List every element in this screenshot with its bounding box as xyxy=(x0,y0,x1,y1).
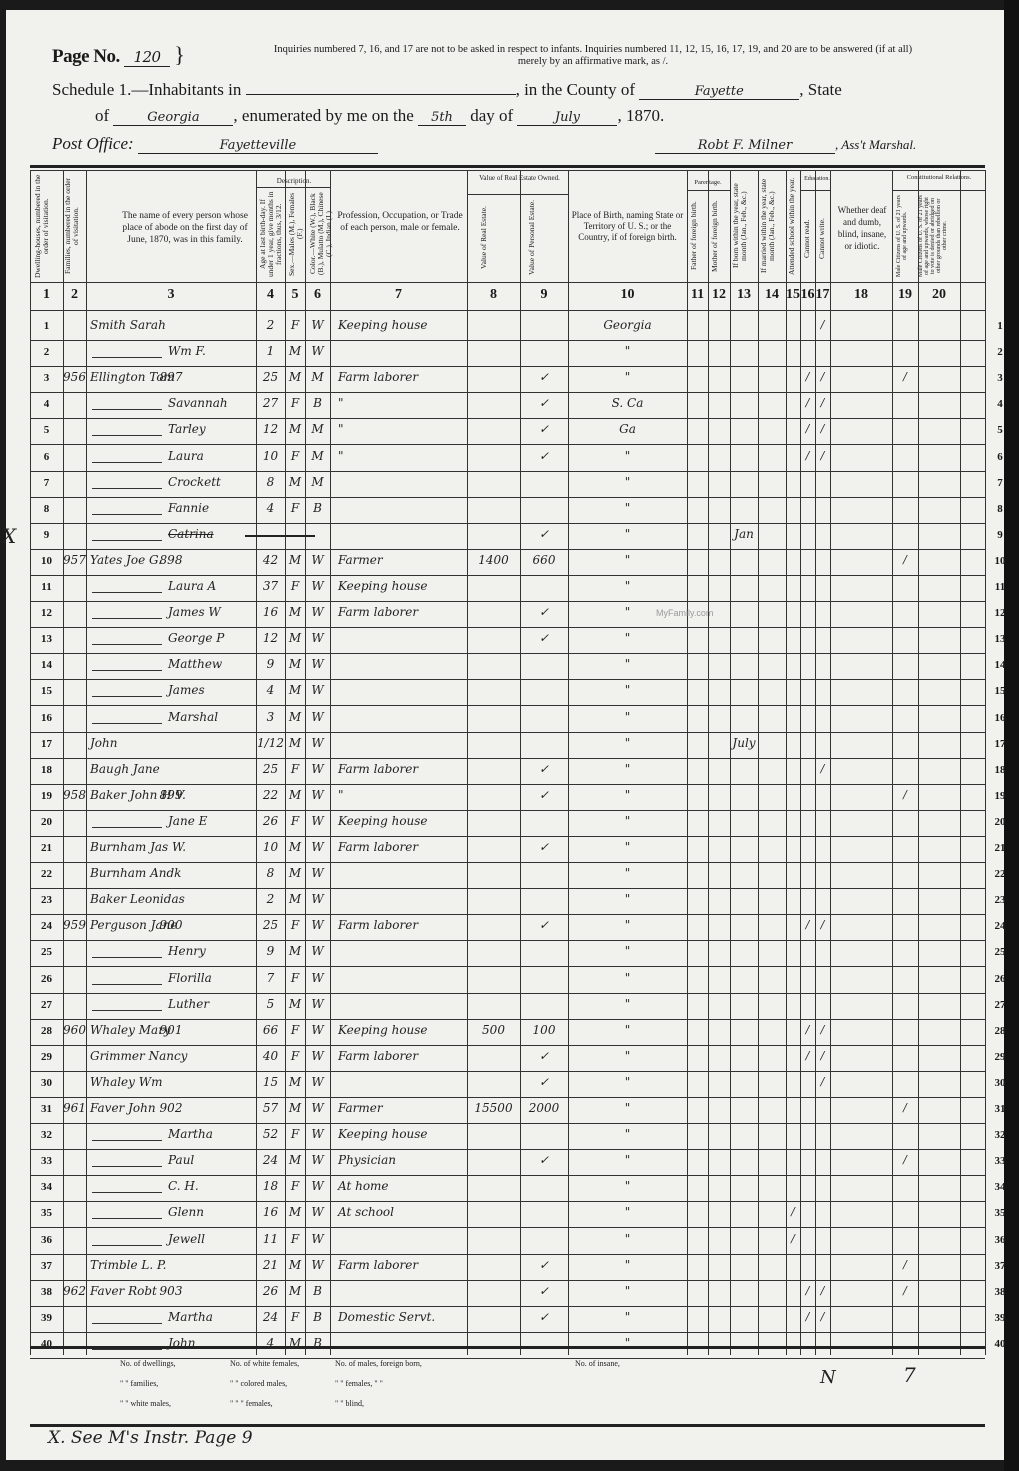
dwelling-number: 961 xyxy=(63,1101,86,1115)
footer-white-females: No. of white females, xyxy=(230,1359,299,1368)
male-citizen-21: / xyxy=(892,1153,918,1166)
birthplace: " xyxy=(568,971,687,985)
ditto-dash xyxy=(92,957,162,958)
col-header-4: Age at last birth-day. If under 1 year, … xyxy=(259,190,279,278)
cannot-read: / xyxy=(800,1310,815,1323)
cannot-write: / xyxy=(815,449,830,462)
row-number: 23 xyxy=(30,894,63,906)
row-number-right: 9 xyxy=(988,529,1012,541)
row-number: 31 xyxy=(30,1103,63,1115)
table-row: 66Laura10FM"✓"// xyxy=(30,446,985,468)
age: 1 xyxy=(256,344,285,358)
footer-dwellings: No. of dwellings, xyxy=(120,1359,176,1368)
table-row: 3232Martha52FWKeeping house" xyxy=(30,1124,985,1146)
column-number: 13 xyxy=(730,287,758,303)
scan-edge xyxy=(1004,0,1019,1471)
color: W xyxy=(305,762,330,776)
row-number-right: 2 xyxy=(988,346,1012,358)
age: 12 xyxy=(256,631,285,645)
footer-white-males: " " white males, xyxy=(120,1399,171,1408)
color: W xyxy=(305,1023,330,1037)
column-number: 3 xyxy=(86,287,256,303)
row-number-right: 36 xyxy=(988,1234,1012,1246)
birthplace: " xyxy=(568,344,687,358)
color: W xyxy=(305,918,330,932)
row-number: 27 xyxy=(30,999,63,1011)
col-header-10: Place of Birth, naming State or Territor… xyxy=(570,210,685,243)
row-number-right: 5 xyxy=(988,424,1012,436)
birthplace: " xyxy=(568,657,687,671)
occupation: Farm laborer xyxy=(338,918,467,932)
ditto-dash xyxy=(92,827,162,828)
margin-bottom-note: X. See M's Instr. Page 9 xyxy=(48,1428,253,1448)
row-number-right: 27 xyxy=(988,999,1012,1011)
cannot-write: / xyxy=(815,1310,830,1323)
age: 52 xyxy=(256,1127,285,1141)
age: 18 xyxy=(256,1179,285,1193)
note-line-1: Inquiries numbered 7, 16, and 17 are not… xyxy=(228,44,958,56)
county-label: , in the County of xyxy=(516,80,635,99)
cannot-write: / xyxy=(815,370,830,383)
color: W xyxy=(305,971,330,985)
col-header-17: Cannot write. xyxy=(818,200,830,278)
age: 2 xyxy=(256,318,285,332)
birthplace: " xyxy=(568,762,687,776)
family-number: 903 xyxy=(86,1284,256,1298)
occupation: " xyxy=(338,422,467,436)
marshal-label: , Ass't Marshal. xyxy=(835,137,916,152)
footer-tally-write: N xyxy=(820,1367,836,1388)
sex: M xyxy=(285,553,305,567)
column-number: 4 xyxy=(256,287,285,303)
color: W xyxy=(305,1101,330,1115)
row-number-right: 11 xyxy=(988,581,1012,593)
birthplace: " xyxy=(568,1232,687,1246)
sex: F xyxy=(285,762,305,776)
person-name: Jane E xyxy=(168,814,207,828)
sex: M xyxy=(285,840,305,854)
column-number: 20 xyxy=(918,287,960,303)
col-header-11: Father of foreign birth. xyxy=(690,194,704,278)
table-row: 88Fannie4FB" xyxy=(30,498,985,520)
family-number: 901 xyxy=(86,1023,256,1037)
person-name: Jewell xyxy=(168,1232,205,1246)
age: 22 xyxy=(256,788,285,802)
col-header-1: Dwelling-houses, numbered in the order o… xyxy=(34,174,58,278)
sex: F xyxy=(285,396,305,410)
row-number: 1 xyxy=(30,320,63,332)
header-rule xyxy=(687,190,730,191)
occupation: " xyxy=(338,788,467,802)
sex: M xyxy=(285,1258,305,1272)
age: 7 xyxy=(256,971,285,985)
footer-females-foreign: " " females, " " xyxy=(335,1379,383,1388)
occupation: " xyxy=(338,449,467,463)
birthplace: " xyxy=(568,1205,687,1219)
cannot-write: / xyxy=(815,762,830,775)
color: M xyxy=(305,422,330,436)
col-header-14: If married within the year, state month … xyxy=(760,174,784,278)
row-number: 14 xyxy=(30,659,63,671)
occupation: At home xyxy=(338,1179,467,1193)
occupation: At school xyxy=(338,1205,467,1219)
sex: M xyxy=(285,370,305,384)
birthplace: " xyxy=(568,501,687,515)
age: 9 xyxy=(256,657,285,671)
footer-insane: No. of insane, xyxy=(575,1359,620,1368)
col-header-13: If born within the year, state month (Ja… xyxy=(732,174,756,278)
birthplace: " xyxy=(568,788,687,802)
table-row: 1717John1/12MW"July xyxy=(30,733,985,755)
row-number-right: 4 xyxy=(988,398,1012,410)
row-number-right: 13 xyxy=(988,633,1012,645)
dwelling-number: 962 xyxy=(63,1284,86,1298)
table-row: 3939Martha24FBDomestic Servt.✓"// xyxy=(30,1307,985,1329)
occupation: Keeping house xyxy=(338,579,467,593)
row-number-right: 25 xyxy=(988,946,1012,958)
row-number-right: 23 xyxy=(988,894,1012,906)
birthplace: " xyxy=(568,527,687,541)
table-row: 2323Baker Leonidas2MW" xyxy=(30,889,985,911)
age: 12 xyxy=(256,422,285,436)
color: W xyxy=(305,631,330,645)
row-number: 5 xyxy=(30,424,63,436)
day-of-label: day of xyxy=(470,106,513,125)
column-number: 11 xyxy=(687,287,708,303)
year-label: , 1870. xyxy=(617,106,664,125)
row-number-right: 15 xyxy=(988,685,1012,697)
table-row: 2020Jane E26FWKeeping house" xyxy=(30,811,985,833)
person-name: Fannie xyxy=(168,501,209,515)
person-name: Matthew xyxy=(168,657,222,671)
age: 5 xyxy=(256,997,285,1011)
sex: M xyxy=(285,422,305,436)
person-name: Marshal xyxy=(168,710,218,724)
age: 2 xyxy=(256,892,285,906)
color: W xyxy=(305,788,330,802)
header-rule xyxy=(30,165,985,168)
row-number: 36 xyxy=(30,1234,63,1246)
ditto-dash xyxy=(92,723,162,724)
cannot-write: / xyxy=(815,422,830,435)
row-number-right: 39 xyxy=(988,1312,1012,1324)
ditto-dash xyxy=(92,1323,162,1324)
birthplace: " xyxy=(568,840,687,854)
footer-males-foreign: No. of males, foreign born, xyxy=(335,1359,422,1368)
row-number: 8 xyxy=(30,503,63,515)
enumeration-line: of Georgia, enumerated by me on the 5th … xyxy=(95,106,664,126)
cannot-read: / xyxy=(800,396,815,409)
table-row: 2424Perguson Jane95990025FWFarm laborer✓… xyxy=(30,915,985,937)
person-name: Wm F. xyxy=(168,344,206,358)
ditto-dash xyxy=(92,618,162,619)
color: W xyxy=(305,683,330,697)
color: W xyxy=(305,840,330,854)
sex: M xyxy=(285,944,305,958)
age: 26 xyxy=(256,1284,285,1298)
sex: M xyxy=(285,1075,305,1089)
ditto-dash xyxy=(92,1245,162,1246)
color: W xyxy=(305,657,330,671)
ditto-dash xyxy=(92,462,162,463)
sex: F xyxy=(285,1232,305,1246)
column-number: 1 xyxy=(30,287,63,303)
sex: F xyxy=(285,1127,305,1141)
personal-estate-value: ✓ xyxy=(520,1284,568,1298)
state-label: , State xyxy=(799,80,842,99)
color: W xyxy=(305,1075,330,1089)
row-number-right: 35 xyxy=(988,1207,1012,1219)
color: W xyxy=(305,1049,330,1063)
person-name: Henry xyxy=(168,944,206,958)
occupation: Farm laborer xyxy=(338,605,467,619)
row-number: 29 xyxy=(30,1051,63,1063)
row-number: 18 xyxy=(30,764,63,776)
row-number-right: 18 xyxy=(988,764,1012,776)
birthplace: " xyxy=(568,579,687,593)
table-row: 2121Burnham Jas W.10MWFarm laborer✓" xyxy=(30,837,985,859)
person-name: Trimble L. P. xyxy=(90,1258,166,1272)
cannot-write: / xyxy=(815,1023,830,1036)
color: W xyxy=(305,710,330,724)
birthplace: " xyxy=(568,553,687,567)
table-row: 77Crockett8MM" xyxy=(30,472,985,494)
color: M xyxy=(305,475,330,489)
header-rule xyxy=(30,170,985,171)
column-number: 17 xyxy=(815,287,830,303)
color: W xyxy=(305,997,330,1011)
ditto-dash xyxy=(92,409,162,410)
month-field: July xyxy=(517,110,617,126)
of-label: of xyxy=(95,106,109,125)
male-citizen-21: / xyxy=(892,1284,918,1297)
table-row: 44Savannah27FB"✓S. Ca// xyxy=(30,393,985,415)
real-estate-value: 1400 xyxy=(467,553,520,567)
personal-estate-value: 100 xyxy=(520,1023,568,1037)
cannot-write: / xyxy=(815,318,830,331)
birthplace: " xyxy=(568,918,687,932)
row-number: 2 xyxy=(30,346,63,358)
cannot-read: / xyxy=(800,1284,815,1297)
table-row: 2626Florilla7FW" xyxy=(30,968,985,990)
color: W xyxy=(305,605,330,619)
birthplace: " xyxy=(568,1153,687,1167)
row-number: 4 xyxy=(30,398,63,410)
cannot-read: / xyxy=(800,918,815,931)
row-number-right: 21 xyxy=(988,842,1012,854)
color: B xyxy=(305,1284,330,1298)
color: W xyxy=(305,814,330,828)
color: W xyxy=(305,344,330,358)
marshal-signature: Robt F. Milner xyxy=(655,138,835,154)
post-office-label: Post Office: xyxy=(52,134,134,153)
person-name: John xyxy=(90,736,118,750)
family-number: 900 xyxy=(86,918,256,932)
birthplace: " xyxy=(568,475,687,489)
marshal-line: Robt F. Milner, Ass't Marshal. xyxy=(655,134,916,154)
ditto-dash xyxy=(92,435,162,436)
table-row: 1414Matthew9MW" xyxy=(30,654,985,676)
row-number: 24 xyxy=(30,920,63,932)
birthplace: " xyxy=(568,1101,687,1115)
color: W xyxy=(305,1258,330,1272)
row-number: 19 xyxy=(30,790,63,802)
birthplace: Georgia xyxy=(568,318,687,332)
real-estate-value: 15500 xyxy=(467,1101,520,1115)
col-header-9: Value of Personal Estate. xyxy=(528,198,542,278)
sex: M xyxy=(285,344,305,358)
day-field: 5th xyxy=(418,110,466,126)
sex: M xyxy=(285,892,305,906)
sex: M xyxy=(285,475,305,489)
age: 4 xyxy=(256,683,285,697)
birthplace: " xyxy=(568,1179,687,1193)
color: B xyxy=(305,396,330,410)
row-number: 10 xyxy=(30,555,63,567)
age: 66 xyxy=(256,1023,285,1037)
person-name: Laura xyxy=(168,449,204,463)
header-rule xyxy=(467,194,568,195)
birthplace: " xyxy=(568,736,687,750)
age: 57 xyxy=(256,1101,285,1115)
col-header-6: Color.—White (W.), Black (B.), Mulatto (… xyxy=(309,190,329,278)
table-row: 1919Baker John H V.95889922MW"✓"/ xyxy=(30,785,985,807)
row-number-right: 31 xyxy=(988,1103,1012,1115)
col-header-2: Families, numbered in the order of visit… xyxy=(64,174,86,278)
family-number: 902 xyxy=(86,1101,256,1115)
birthplace: " xyxy=(568,1284,687,1298)
birthplace: " xyxy=(568,631,687,645)
table-row: 2727Luther5MW" xyxy=(30,994,985,1016)
sex: M xyxy=(285,683,305,697)
sex: M xyxy=(285,1101,305,1115)
margin-x-mark: X xyxy=(2,524,16,548)
column-number: 14 xyxy=(758,287,786,303)
person-name: Paul xyxy=(168,1153,194,1167)
cannot-read: / xyxy=(800,1023,815,1036)
column-number: 19 xyxy=(892,287,918,303)
birthplace: " xyxy=(568,944,687,958)
row-number: 34 xyxy=(30,1181,63,1193)
table-row: 1010Yates Joe G.95789842MWFarmer1400660"… xyxy=(30,550,985,572)
personal-estate-value: ✓ xyxy=(520,762,568,776)
birthplace: " xyxy=(568,449,687,463)
age: 15 xyxy=(256,1075,285,1089)
ditto-dash xyxy=(92,514,162,515)
personal-estate-value: ✓ xyxy=(520,631,568,645)
table-row: 3737Trimble L. P.21MWFarm laborer✓"/ xyxy=(30,1255,985,1277)
ditto-dash xyxy=(92,984,162,985)
table-row: 3030Whaley Wm15MW✓"/ xyxy=(30,1072,985,1094)
age: 10 xyxy=(256,840,285,854)
occupation: Farm laborer xyxy=(338,370,467,384)
table-row: 22Wm F.1MW" xyxy=(30,341,985,363)
col-group-constitutional: Constitutional Relations. xyxy=(894,174,984,182)
page-number-value: 120 xyxy=(124,48,170,67)
row-number-right: 26 xyxy=(988,973,1012,985)
row-number-right: 3 xyxy=(988,372,1012,384)
birthplace: " xyxy=(568,710,687,724)
person-name: James xyxy=(168,683,205,697)
dwelling-number: 960 xyxy=(63,1023,86,1037)
table-row: 2525Henry9MW" xyxy=(30,941,985,963)
row-number-right: 14 xyxy=(988,659,1012,671)
attended-school: / xyxy=(786,1205,800,1218)
cannot-read: / xyxy=(800,422,815,435)
cannot-write: / xyxy=(815,1284,830,1297)
personal-estate-value: ✓ xyxy=(520,605,568,619)
cannot-write: / xyxy=(815,918,830,931)
row-number: 9 xyxy=(30,529,63,541)
age: 21 xyxy=(256,1258,285,1272)
row-number: 13 xyxy=(30,633,63,645)
row-number-right: 29 xyxy=(988,1051,1012,1063)
row-number: 33 xyxy=(30,1155,63,1167)
personal-estate-value: ✓ xyxy=(520,1258,568,1272)
age: 8 xyxy=(256,866,285,880)
column-number: 6 xyxy=(305,287,330,303)
birthplace: " xyxy=(568,892,687,906)
row-number-right: 17 xyxy=(988,738,1012,750)
person-name: Savannah xyxy=(168,396,228,410)
row-number: 11 xyxy=(30,581,63,593)
table-row: 1313George P12MW✓" xyxy=(30,628,985,650)
header-rule xyxy=(30,310,985,311)
sex: M xyxy=(285,1205,305,1219)
sex: F xyxy=(285,449,305,463)
occupation: Farm laborer xyxy=(338,840,467,854)
personal-estate-value: ✓ xyxy=(520,1310,568,1324)
color: W xyxy=(305,866,330,880)
male-citizen-21: / xyxy=(892,553,918,566)
color: W xyxy=(305,1179,330,1193)
person-name: Crockett xyxy=(168,475,221,489)
birthplace: " xyxy=(568,997,687,1011)
occupation: Keeping house xyxy=(338,1127,467,1141)
personal-estate-value: ✓ xyxy=(520,527,568,541)
column-number: 2 xyxy=(63,287,86,303)
age: 1/12 xyxy=(256,736,285,750)
age: 27 xyxy=(256,396,285,410)
age: 37 xyxy=(256,579,285,593)
personal-estate-value: ✓ xyxy=(520,788,568,802)
personal-estate-value: ✓ xyxy=(520,1075,568,1089)
sex: M xyxy=(285,736,305,750)
sex: M xyxy=(285,866,305,880)
ditto-dash xyxy=(92,1218,162,1219)
row-number-right: 1 xyxy=(988,320,1012,332)
sex: F xyxy=(285,1049,305,1063)
family-number: 899 xyxy=(86,788,256,802)
personal-estate-value: ✓ xyxy=(520,840,568,854)
born-month: July xyxy=(730,736,758,750)
birthplace: " xyxy=(568,866,687,880)
table-row: 2828Whaley Mary96090166FWKeeping house50… xyxy=(30,1020,985,1042)
person-name: Martha xyxy=(168,1127,213,1141)
person-name: C. H. xyxy=(168,1179,199,1193)
age: 24 xyxy=(256,1310,285,1324)
birthplace: " xyxy=(568,1023,687,1037)
footer-colored-males: " " colored males, xyxy=(230,1379,287,1388)
birthplace: " xyxy=(568,683,687,697)
table-row: 1818Baugh Jane25FWFarm laborer✓"/ xyxy=(30,759,985,781)
cannot-write: / xyxy=(815,396,830,409)
sex: F xyxy=(285,1310,305,1324)
color: W xyxy=(305,944,330,958)
color: W xyxy=(305,318,330,332)
table-row: 3333Paul24MWPhysician✓"/ xyxy=(30,1150,985,1172)
header-rule xyxy=(30,282,985,283)
